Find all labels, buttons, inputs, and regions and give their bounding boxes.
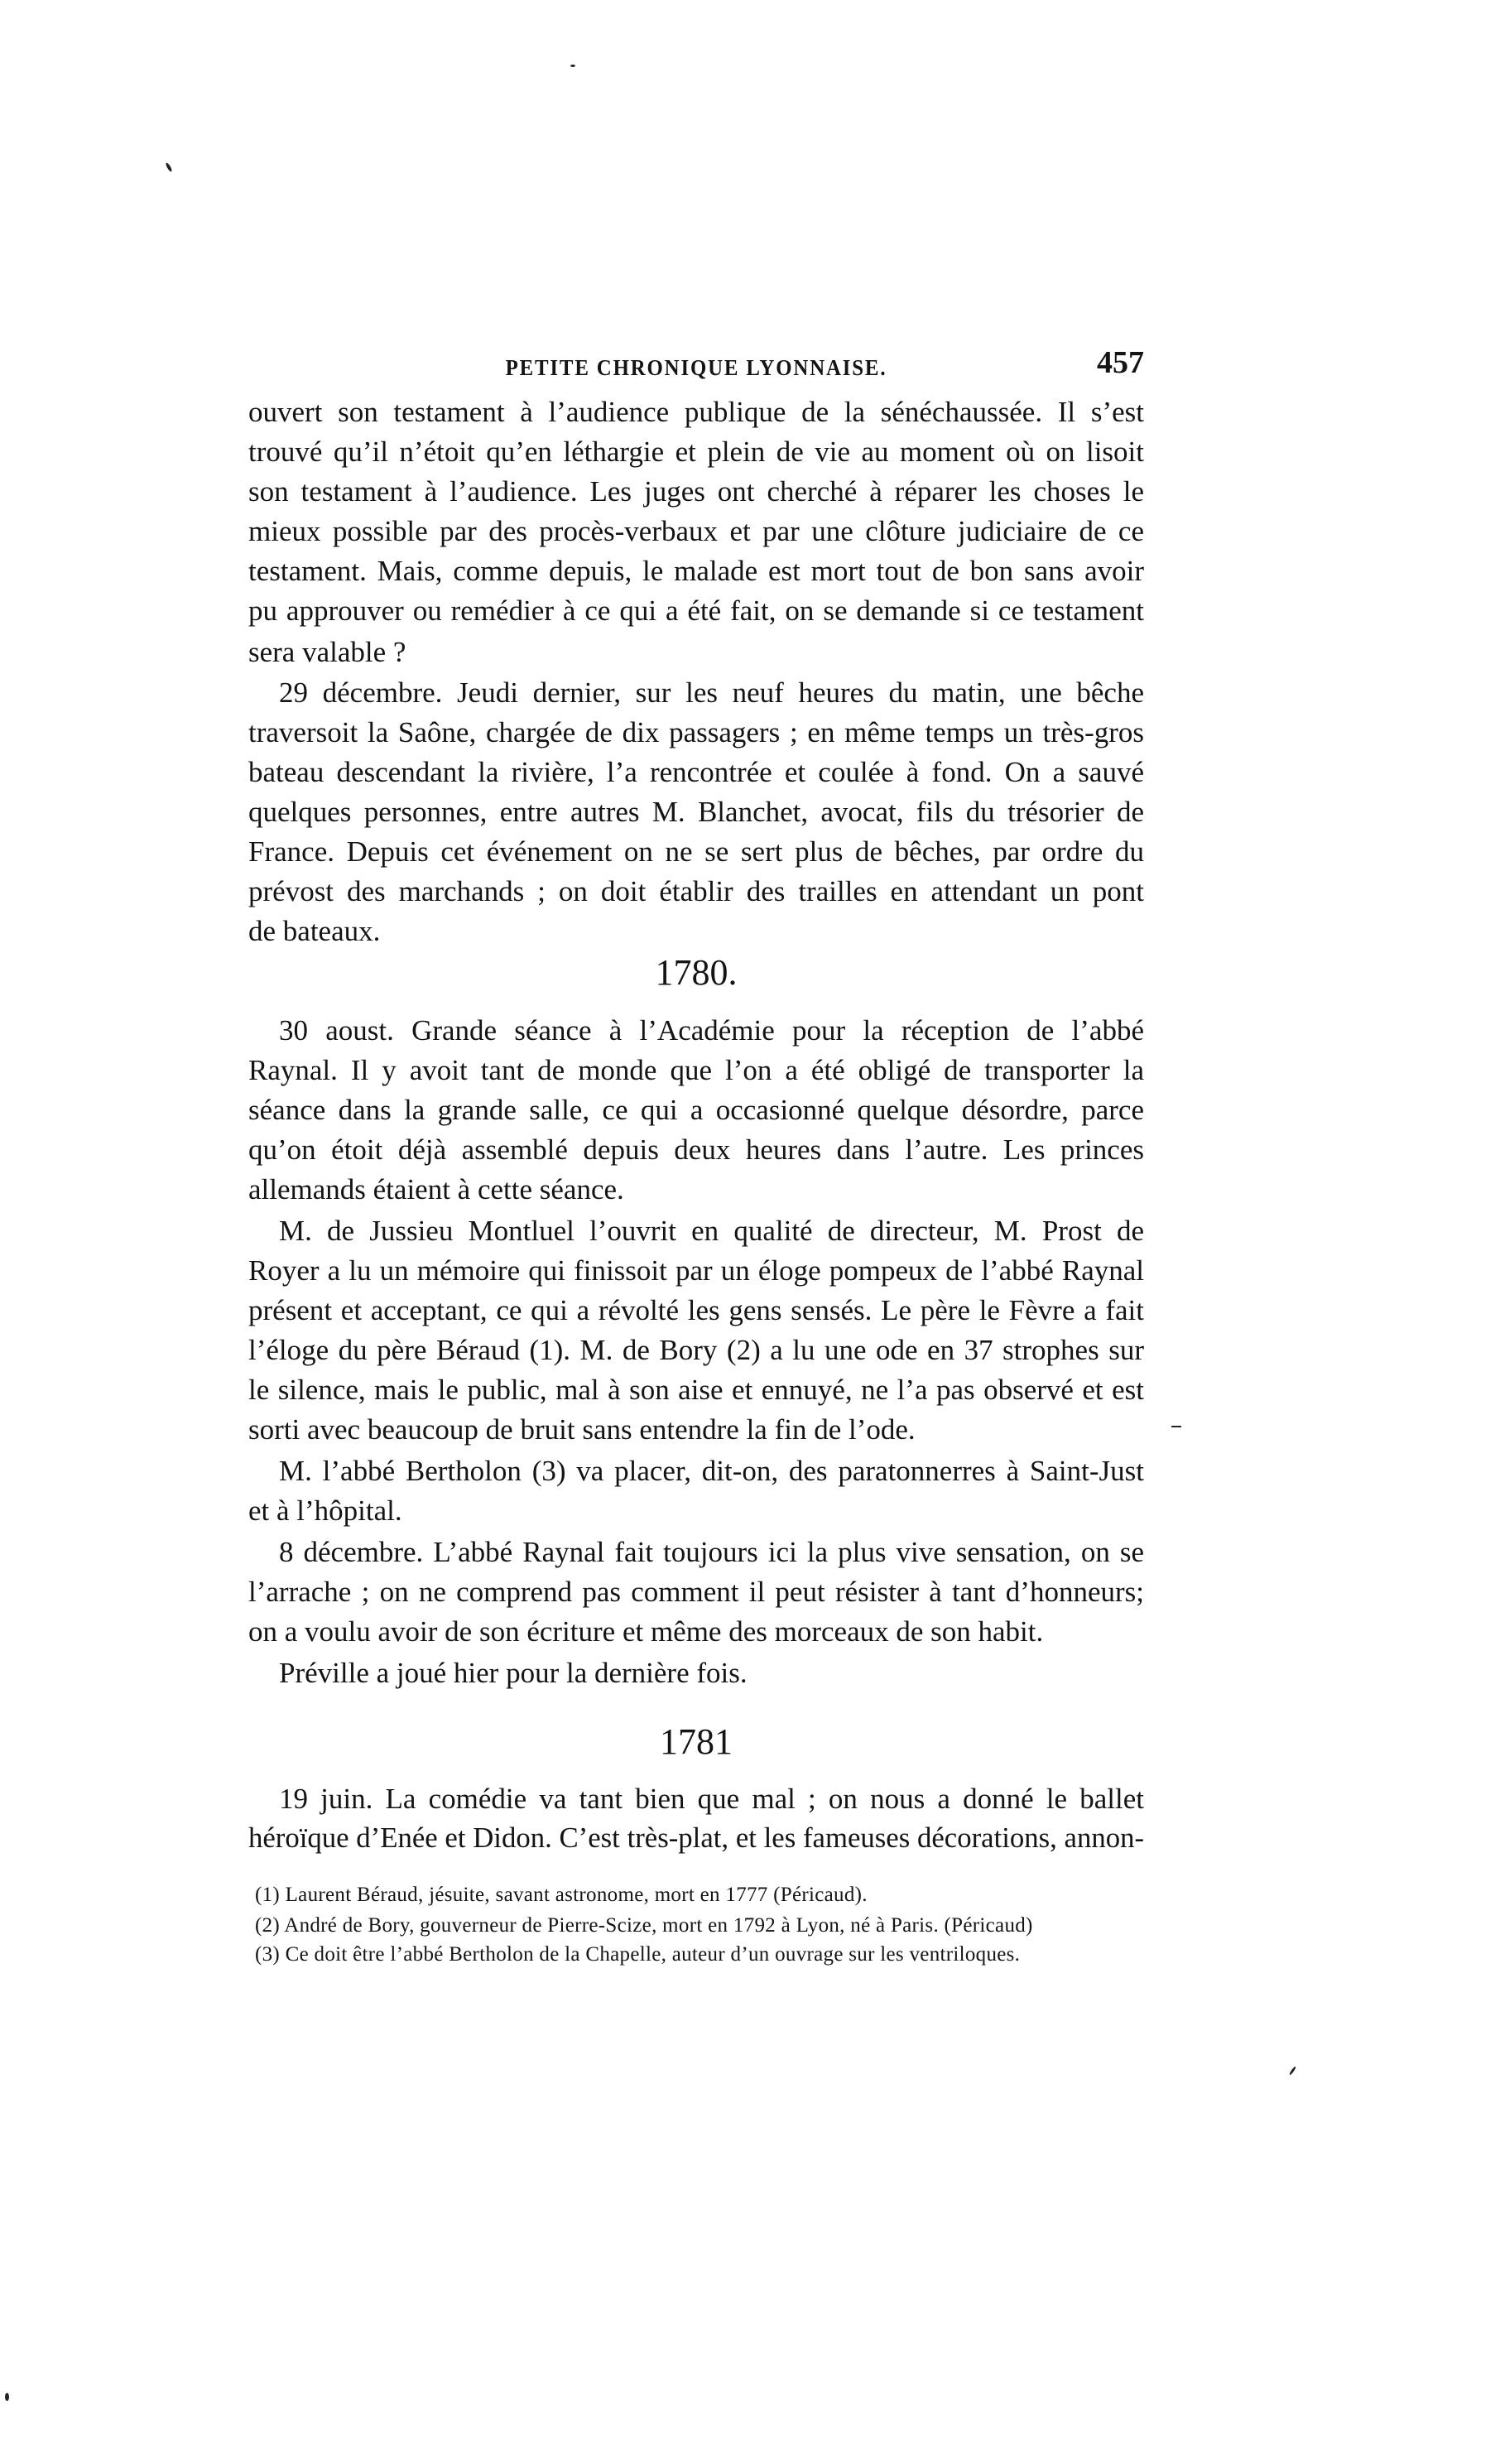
text-line: 8 décembre. L’abbé Raynal fait toujours … [279,1536,1144,1569]
text-line: 30 aoust. Grande séance à l’Académie pou… [279,1014,1144,1047]
text-line: qu’on étoit déjà assemblé depuis deux he… [248,1133,1144,1167]
text-line: présent et acceptant, ce qui a révolté l… [248,1294,1144,1327]
text-line: l’éloge du père Béraud (1). M. de Bory (… [248,1334,1144,1367]
text-line: 19 juin. La comédie va tant bien que mal… [279,1783,1144,1816]
text-line: pu approuver ou remédier à ce qui a été … [248,594,1144,628]
scan-speck [570,65,575,67]
scan-speck [1171,1426,1181,1427]
text-line: sera valable ? [248,636,1144,669]
text-line: Royer a lu un mémoire qui finissoit par … [248,1254,1144,1287]
footnote: (1) Laurent Béraud, jésuite, savant astr… [255,1883,868,1908]
text-line: France. Depuis cet événement on ne se se… [248,835,1144,869]
text-line: quelques personnes, entre autres M. Blan… [248,796,1144,829]
text-line: l’arrache ; on ne comprend pas comment i… [248,1576,1144,1609]
text-line: traversoit la Saône, chargée de dix pass… [248,716,1144,749]
year-heading: 1780. [248,955,1144,991]
text-line: 29 décembre. Jeudi dernier, sur les neuf… [279,676,1144,710]
text-line: héroïque d’Enée et Didon. C’est très-pla… [248,1822,1144,1855]
text-line: trouvé qu’il n’étoit qu’en léthargie et … [248,436,1144,469]
text-line: ouvert son testament à l’audience publiq… [248,396,1144,429]
text-line: allemands étaient à cette séance. [248,1173,1144,1206]
scan-speck [1289,2066,1296,2076]
text-line: séance dans la grande salle, ce qui a oc… [248,1094,1144,1127]
footnote: (2) André de Bory, gouverneur de Pierre-… [255,1913,1033,1938]
text-line: bateau descendant la rivière, l’a rencon… [248,756,1144,789]
text-line: et à l’hôpital. [248,1494,1144,1528]
text-line: de bateaux. [248,915,1144,948]
text-line: prévost des marchands ; on doit établir … [248,875,1144,908]
text-line: Préville a joué hier pour la dernière fo… [279,1657,1144,1690]
scan-speck [5,2393,9,2401]
text-line: le silence, mais le public, mal à son ai… [248,1374,1144,1407]
running-title: PETITE CHRONIQUE LYONNAISE. [284,355,1108,381]
text-line: testament. Mais, comme depuis, le malade… [248,555,1144,588]
text-line: sorti avec beaucoup de bruit sans entend… [248,1413,1144,1446]
text-line: mieux possible par des procès-verbaux et… [248,515,1144,548]
running-head: PETITE CHRONIQUE LYONNAISE. 457 [248,348,1144,381]
text-line: Raynal. Il y avoit tant de monde que l’o… [248,1054,1144,1087]
page-number: 457 [1097,348,1144,378]
book-page: PETITE CHRONIQUE LYONNAISE. 457 ouvert s… [0,0,1500,2464]
text-line: M. de Jussieu Montluel l’ouvrit en quali… [279,1215,1144,1248]
scan-speck [165,162,172,172]
year-heading: 1781 [248,1724,1144,1760]
text-line: M. l’abbé Bertholon (3) va placer, dit-o… [279,1455,1144,1488]
text-line: son testament à l’audience. Les juges on… [248,475,1144,508]
footnote: (3) Ce doit être l’abbé Bertholon de la … [255,1942,1020,1967]
text-line: on a voulu avoir de son écriture et même… [248,1615,1144,1648]
